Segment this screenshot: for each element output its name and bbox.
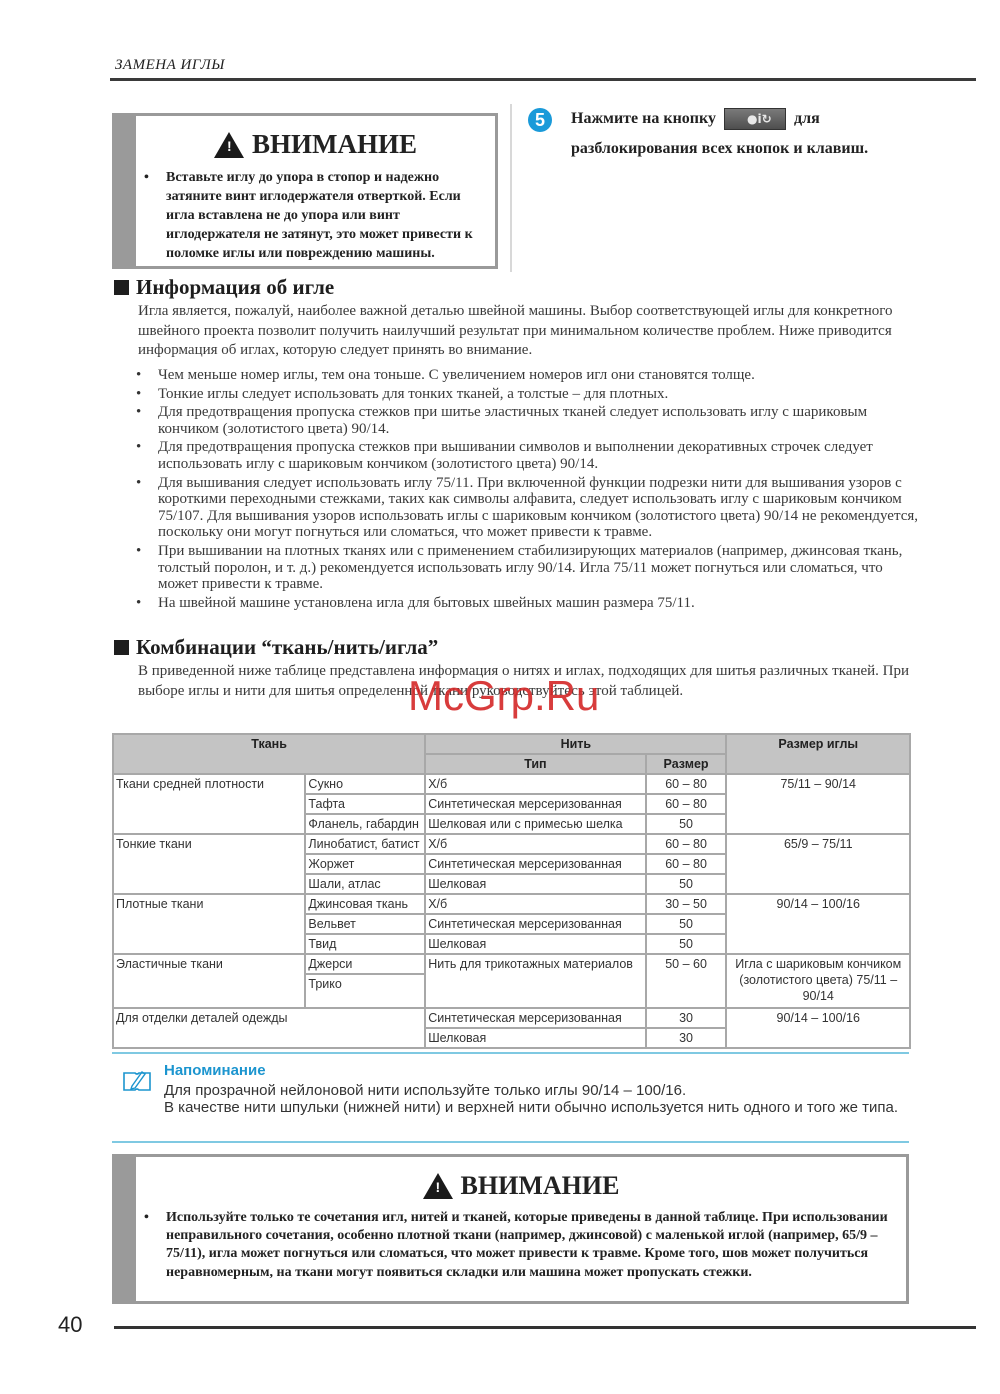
table-row: Тонкие тканиЛинобатист, батистХ/б60 – 80… <box>113 834 910 854</box>
warning-title: ВНИМАНИЕ <box>252 129 417 160</box>
thread-type-cell: Синтетическая мерсеризованная <box>425 1008 645 1028</box>
column-divider <box>510 104 512 272</box>
fabric-category-cell: Для отделки деталей одежды <box>113 1008 425 1048</box>
thread-size-cell: 30 – 50 <box>646 894 727 914</box>
bullet-icon: • <box>144 168 149 187</box>
step-instruction-line2: разблокирования всех кнопок и клавиш. <box>571 140 868 158</box>
fabric-cell: Жоржет <box>305 854 425 874</box>
thread-type-cell: Синтетическая мерсеризованная <box>425 914 645 934</box>
thread-size-cell: 60 – 80 <box>646 834 727 854</box>
fabric-cell: Джинсовая ткань <box>305 894 425 914</box>
list-item: При вышивании на плотных тканях или с пр… <box>158 543 918 593</box>
thread-size-cell: 50 <box>646 814 727 834</box>
list-item: Для предотвращения пропуска стежков при … <box>158 404 918 437</box>
section-square-icon <box>114 640 129 655</box>
thread-type-cell: Нить для трикотажных материалов <box>425 954 645 1008</box>
memo-book-pen-icon <box>122 1068 152 1092</box>
fabric-cell: Твид <box>305 934 425 954</box>
page-number: 40 <box>58 1312 82 1338</box>
step-text-before: Нажмите на кнопку <box>571 110 716 128</box>
fabric-cell: Джерси <box>305 954 425 974</box>
page-header-title: ЗАМЕНА ИГЛЫ <box>115 57 225 74</box>
table-row: Плотные тканиДжинсовая тканьХ/б30 – 5090… <box>113 894 910 914</box>
fabric-category-cell: Эластичные ткани <box>113 954 305 1008</box>
fabric-cell: Линобатист, батист <box>305 834 425 854</box>
fabric-category-cell: Тонкие ткани <box>113 834 305 894</box>
thread-size-cell: 50 – 60 <box>646 954 727 1008</box>
memo-line: В качестве нити шпульки (нижней нити) и … <box>164 1099 909 1116</box>
warning-text: Вставьте иглу до упора в стопор и надежн… <box>166 170 473 261</box>
warning-box-needle-insert: ! ВНИМАНИЕ • Вставьте иглу до упора в ст… <box>112 113 498 269</box>
thread-type-cell: Х/б <box>425 834 645 854</box>
header-rule <box>110 78 976 81</box>
list-item: Для предотвращения пропуска стежков при … <box>158 439 918 472</box>
table-row: Эластичные тканиДжерсиНить для трикотажн… <box>113 954 910 974</box>
section-square-icon <box>114 280 129 295</box>
section-title: Информация об игле <box>136 275 334 300</box>
thread-size-cell: 30 <box>646 1028 727 1048</box>
header-thread-type: Тип <box>425 754 645 774</box>
needle-size-cell: 90/14 – 100/16 <box>726 1008 910 1048</box>
needle-size-cell: 90/14 – 100/16 <box>726 894 910 954</box>
step-text-after: для <box>794 110 820 128</box>
list-item: На швейной машине установлена игла для б… <box>158 595 918 612</box>
needle-size-cell: 75/11 – 90/14 <box>726 774 910 834</box>
fabric-cell: Шали, атлас <box>305 874 425 894</box>
memo-line: Для прозрачной нейлоновой нити используй… <box>164 1082 909 1099</box>
bullet-icon: • <box>144 1209 149 1227</box>
thread-size-cell: 60 – 80 <box>646 794 727 814</box>
table-row: Для отделки деталей одеждыСинтетическая … <box>113 1008 910 1028</box>
section-heading-combinations: Комбинации “ткань/нить/игла” <box>114 635 438 660</box>
warning-triangle-icon: ! <box>423 1173 453 1199</box>
memo-title: Напоминание <box>164 1062 266 1079</box>
watermark: McGrp.Ru <box>408 672 599 720</box>
lock-unlock-button-icon: ●i↻ <box>724 108 786 130</box>
thread-size-cell: 60 – 80 <box>646 774 727 794</box>
header-fabric: Ткань <box>113 734 425 774</box>
fabric-category-cell: Плотные ткани <box>113 894 305 954</box>
thread-type-cell: Шелковая или с примесью шелка <box>425 814 645 834</box>
memo-text: Для прозрачной нейлоновой нити используй… <box>164 1082 909 1116</box>
warning-triangle-icon: ! <box>214 132 244 158</box>
list-item: Для вышивания следует использовать иглу … <box>158 475 918 541</box>
thread-size-cell: 60 – 80 <box>646 854 727 874</box>
header-thread-size: Размер <box>646 754 727 774</box>
warning-title: ВНИМАНИЕ <box>461 1171 620 1201</box>
step-instruction-line1: Нажмите на кнопку ●i↻ для <box>571 108 820 130</box>
thread-type-cell: Х/б <box>425 894 645 914</box>
header-thread: Нить <box>425 734 726 754</box>
fabric-cell: Сукно <box>305 774 425 794</box>
list-item: Тонкие иглы следует использовать для тон… <box>158 386 918 403</box>
fabric-thread-needle-table: Ткань Нить Размер иглы Тип Размер Ткани … <box>112 733 911 1049</box>
fabric-cell: Вельвет <box>305 914 425 934</box>
fabric-cell: Фланель, габардин <box>305 814 425 834</box>
fabric-category-cell: Ткани средней плотности <box>113 774 305 834</box>
table-row: Ткани средней плотностиСукноХ/б60 – 8075… <box>113 774 910 794</box>
step-number-badge: 5 <box>528 108 552 132</box>
needle-size-cell: Игла с шариковым кончиком (золотистого ц… <box>726 954 910 1008</box>
section-heading-needle-info: Информация об игле <box>114 275 334 300</box>
thread-type-cell: Шелковая <box>425 1028 645 1048</box>
thread-type-cell: Шелковая <box>425 934 645 954</box>
warning-text: Используйте только те сочетания игл, нит… <box>166 1210 888 1280</box>
needle-info-list: Чем меньше номер иглы, тем она тоньше. С… <box>158 367 918 613</box>
fabric-cell: Трико <box>305 974 425 1008</box>
needle-info-intro: Игла является, пожалуй, наиболее важной … <box>138 302 918 361</box>
needle-size-cell: 65/9 – 75/11 <box>726 834 910 894</box>
header-needle-size: Размер иглы <box>726 734 910 774</box>
thread-type-cell: Синтетическая мерсеризованная <box>425 854 645 874</box>
thread-size-cell: 30 <box>646 1008 727 1028</box>
memo-bottom-rule <box>112 1141 909 1143</box>
thread-type-cell: Синтетическая мерсеризованная <box>425 794 645 814</box>
section-title: Комбинации “ткань/нить/игла” <box>136 635 438 660</box>
list-item: Чем меньше номер иглы, тем она тоньше. С… <box>158 367 918 384</box>
fabric-cell: Тафта <box>305 794 425 814</box>
footer-rule <box>114 1326 976 1329</box>
thread-size-cell: 50 <box>646 874 727 894</box>
warning-box-combinations: ! ВНИМАНИЕ • Используйте только те сочет… <box>112 1154 909 1304</box>
memo-top-rule <box>112 1052 909 1054</box>
thread-size-cell: 50 <box>646 934 727 954</box>
thread-type-cell: Х/б <box>425 774 645 794</box>
thread-type-cell: Шелковая <box>425 874 645 894</box>
thread-size-cell: 50 <box>646 914 727 934</box>
